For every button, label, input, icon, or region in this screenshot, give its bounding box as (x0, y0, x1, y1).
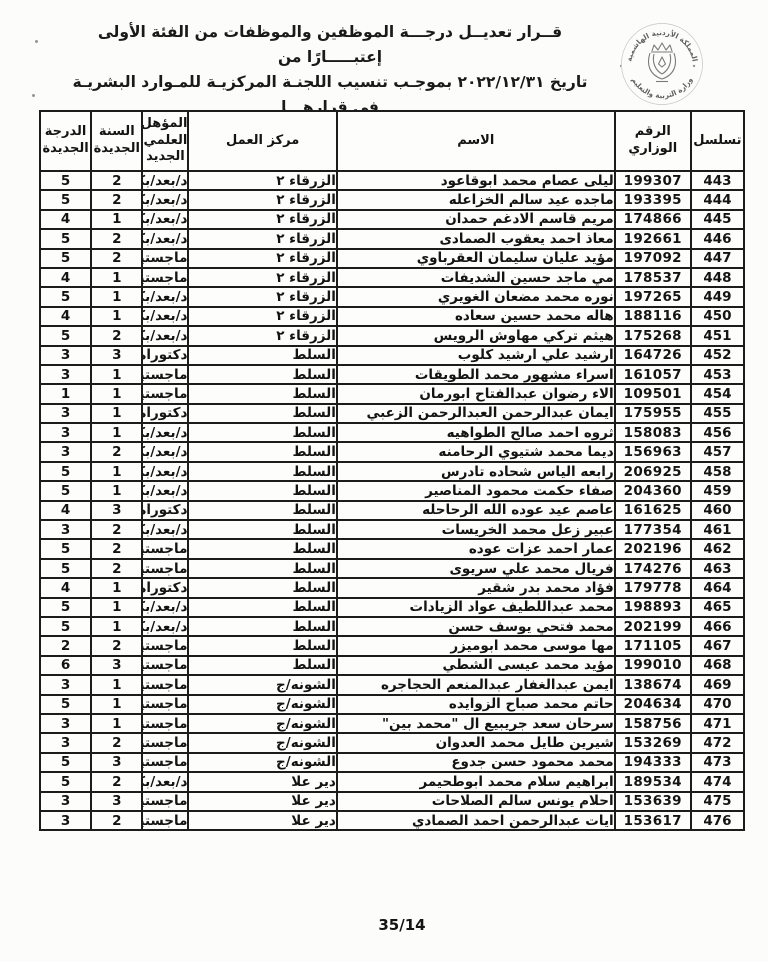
ministry-number-cell: 192661 (615, 229, 691, 248)
serial-cell: 465 (691, 598, 744, 617)
qualification-cell: ماجستير (142, 656, 188, 675)
work-center-cell: الزرقاء ٢ (188, 190, 336, 209)
new-grade-cell: 3 (40, 675, 91, 694)
serial-cell: 459 (691, 481, 744, 500)
table-row: 476153617ايات عبدالرحمن احمد الصماديدير … (40, 811, 744, 830)
ministry-number-cell: 153639 (615, 792, 691, 811)
new-year-cell: 2 (91, 171, 142, 190)
ministry-number-cell: 158756 (615, 714, 691, 733)
name-cell: ابراهيم سلام محمد ابوطحيمر (337, 772, 615, 791)
table-row: 449197265نوره محمد مضعان الغويريالزرقاء … (40, 287, 744, 306)
work-center-cell: السلط (188, 520, 336, 539)
work-center-cell: السلط (188, 501, 336, 520)
scan-speck (32, 94, 35, 97)
name-cell: مؤيد محمد عيسى الشطي (337, 656, 615, 675)
new-grade-cell: 3 (40, 792, 91, 811)
work-center-cell: الشونه/ج (188, 675, 336, 694)
work-center-cell: السلط (188, 598, 336, 617)
name-cell: فؤاد محمد بدر شقير (337, 578, 615, 597)
table-row: 470204634حاتم محمد صباح الزوايدهالشونه/ج… (40, 695, 744, 714)
new-year-cell: 1 (91, 675, 142, 694)
col-header-serial: تسلسل (691, 111, 744, 171)
ministry-number-cell: 164726 (615, 346, 691, 365)
new-grade-cell: 3 (40, 811, 91, 830)
table-row: 466202199محمد فتحي يوسف حسنالسلطد/بعد/بك… (40, 617, 744, 636)
new-grade-cell: 4 (40, 268, 91, 287)
new-year-cell: 3 (91, 501, 142, 520)
new-year-cell: 1 (91, 578, 142, 597)
new-grade-cell: 5 (40, 753, 91, 772)
new-grade-cell: 3 (40, 733, 91, 752)
work-center-cell: الزرقاء ٢ (188, 268, 336, 287)
new-grade-cell: 5 (40, 171, 91, 190)
name-cell: مريم قاسم الادغم حمدان (337, 210, 615, 229)
new-year-cell: 1 (91, 423, 142, 442)
new-grade-cell: 5 (40, 249, 91, 268)
ministry-number-cell: 197265 (615, 287, 691, 306)
table-row: 473194333محمد محمود حسن جدوعالشونه/جماجس… (40, 753, 744, 772)
serial-cell: 463 (691, 559, 744, 578)
work-center-cell: السلط (188, 346, 336, 365)
new-grade-cell: 5 (40, 772, 91, 791)
serial-cell: 450 (691, 307, 744, 326)
serial-cell: 467 (691, 636, 744, 655)
qualification-cell: ماجستير (142, 733, 188, 752)
name-cell: ليلى عصام محمد ابوقاعود (337, 171, 615, 190)
new-year-cell: 1 (91, 462, 142, 481)
serial-cell: 470 (691, 695, 744, 714)
table-row: 456158083ثروه احمد صالح الطواهيهالسلطد/ب… (40, 423, 744, 442)
ministry-number-cell: 153617 (615, 811, 691, 830)
work-center-cell: السلط (188, 404, 336, 423)
qualification-cell: ماجستير (142, 753, 188, 772)
ministry-number-cell: 174866 (615, 210, 691, 229)
new-grade-cell: 3 (40, 423, 91, 442)
serial-cell: 454 (691, 384, 744, 403)
new-grade-cell: 5 (40, 481, 91, 500)
name-cell: ايمان عبدالرحمن العبدالرحمن الزعبي (337, 404, 615, 423)
new-grade-cell: 5 (40, 617, 91, 636)
table-row: 475153639احلام يونس سالم الصلاحاتدير علا… (40, 792, 744, 811)
qualification-cell: د/بعد/بكا (142, 520, 188, 539)
table-row: 472153269شيرين طايل محمد العدوانالشونه/ج… (40, 733, 744, 752)
qualification-cell: ماجستير (142, 636, 188, 655)
table-row: 447197092مؤيد عليان سليمان العقرباويالزر… (40, 249, 744, 268)
qualification-cell: ماجستير (142, 384, 188, 403)
ministry-number-cell: 199307 (615, 171, 691, 190)
serial-cell: 447 (691, 249, 744, 268)
new-grade-cell: 5 (40, 190, 91, 209)
employees-table: تسلسلالرقم الوزاريالاسممركز العملالمؤهل … (39, 110, 745, 831)
name-cell: ايمن عبدالغفار عبدالمنعم الحجاجره (337, 675, 615, 694)
work-center-cell: الزرقاء ٢ (188, 171, 336, 190)
seal-star-left-icon: ٭ (620, 62, 622, 70)
serial-cell: 464 (691, 578, 744, 597)
name-cell: سرحان سعد جريبيع ال "محمد بين" (337, 714, 615, 733)
table-row: 454109501الاء رضوان عبدالفتاح ابورمانالس… (40, 384, 744, 403)
qualification-cell: ماجستير (142, 539, 188, 558)
serial-cell: 451 (691, 326, 744, 345)
ministry-number-cell: 158083 (615, 423, 691, 442)
new-year-cell: 1 (91, 598, 142, 617)
new-grade-cell: 2 (40, 636, 91, 655)
work-center-cell: السلط (188, 462, 336, 481)
serial-cell: 445 (691, 210, 744, 229)
work-center-cell: الشونه/ج (188, 753, 336, 772)
qualification-cell: د/بعد/بكا (142, 772, 188, 791)
qualification-cell: د/بعد/بكا (142, 190, 188, 209)
col-header-work-center: مركز العمل (188, 111, 336, 171)
ministry-number-cell: 175268 (615, 326, 691, 345)
ministry-number-cell: 202196 (615, 539, 691, 558)
seal-star-right-icon: ٭ (692, 62, 696, 70)
name-cell: ماجده عيد سالم الخزاعله (337, 190, 615, 209)
ministry-number-cell: 206925 (615, 462, 691, 481)
new-year-cell: 1 (91, 481, 142, 500)
new-year-cell: 2 (91, 733, 142, 752)
serial-cell: 460 (691, 501, 744, 520)
ministry-number-cell: 204360 (615, 481, 691, 500)
qualification-cell: ماجستير (142, 249, 188, 268)
new-year-cell: 2 (91, 811, 142, 830)
name-cell: محمد محمود حسن جدوع (337, 753, 615, 772)
new-year-cell: 3 (91, 753, 142, 772)
work-center-cell: السلط (188, 423, 336, 442)
table-row: 445174866مريم قاسم الادغم حمدانالزرقاء ٢… (40, 210, 744, 229)
qualification-cell: د/بعد/بكا (142, 462, 188, 481)
name-cell: ايات عبدالرحمن احمد الصمادي (337, 811, 615, 830)
serial-cell: 449 (691, 287, 744, 306)
name-cell: اسراء مشهور محمد الطويقات (337, 365, 615, 384)
new-grade-cell: 3 (40, 520, 91, 539)
new-year-cell: 1 (91, 307, 142, 326)
table-row: 471158756سرحان سعد جريبيع ال "محمد بين"ا… (40, 714, 744, 733)
work-center-cell: دير علا (188, 811, 336, 830)
new-year-cell: 2 (91, 442, 142, 461)
qualification-cell: د/بعد/بكا (142, 326, 188, 345)
serial-cell: 472 (691, 733, 744, 752)
ministry-number-cell: 174276 (615, 559, 691, 578)
serial-cell: 475 (691, 792, 744, 811)
work-center-cell: السلط (188, 384, 336, 403)
qualification-cell: ماجستير (142, 268, 188, 287)
new-grade-cell: 3 (40, 346, 91, 365)
name-cell: الاء رضوان عبدالفتاح ابورمان (337, 384, 615, 403)
name-cell: رابعه الياس شحاده تادرس (337, 462, 615, 481)
qualification-cell: ماجستير (142, 559, 188, 578)
work-center-cell: الزرقاء ٢ (188, 249, 336, 268)
ministry-number-cell: 199010 (615, 656, 691, 675)
new-year-cell: 2 (91, 326, 142, 345)
ministry-number-cell: 197092 (615, 249, 691, 268)
table-row: 468199010مؤيد محمد عيسى الشطيالسلطماجستي… (40, 656, 744, 675)
serial-cell: 452 (691, 346, 744, 365)
name-cell: محمد عبداللطيف عواد الزيادات (337, 598, 615, 617)
new-grade-cell: 4 (40, 501, 91, 520)
name-cell: ثروه احمد صالح الطواهيه (337, 423, 615, 442)
ministry-number-cell: 156963 (615, 442, 691, 461)
table-row: 455175955ايمان عبدالرحمن العبدالرحمن الز… (40, 404, 744, 423)
table-row: 467171105مها موسى محمد ابوميزرالسلطماجست… (40, 636, 744, 655)
new-grade-cell: 4 (40, 210, 91, 229)
serial-cell: 461 (691, 520, 744, 539)
name-cell: عاصم عيد عوده الله الرحاحله (337, 501, 615, 520)
page-number: 35/14 (378, 916, 425, 934)
work-center-cell: دير علا (188, 772, 336, 791)
new-year-cell: 3 (91, 656, 142, 675)
table-body: 443199307ليلى عصام محمد ابوقاعودالزرقاء … (40, 171, 744, 830)
qualification-cell: دكتوراه (142, 404, 188, 423)
new-grade-cell: 5 (40, 598, 91, 617)
table-row: 462202196عمار احمد عزات عودهالسلطماجستير… (40, 539, 744, 558)
table-header-row: تسلسلالرقم الوزاريالاسممركز العملالمؤهل … (40, 111, 744, 171)
name-cell: عبير زعل محمد الخريسات (337, 520, 615, 539)
new-grade-cell: 3 (40, 365, 91, 384)
ministry-number-cell: 171105 (615, 636, 691, 655)
work-center-cell: الشونه/ج (188, 714, 336, 733)
serial-cell: 462 (691, 539, 744, 558)
table-row: 474189534ابراهيم سلام محمد ابوطحيمردير ع… (40, 772, 744, 791)
table-row: 453161057اسراء مشهور محمد الطويقاتالسلطم… (40, 365, 744, 384)
work-center-cell: الزرقاء ٢ (188, 307, 336, 326)
qualification-cell: دكتوراه (142, 346, 188, 365)
new-year-cell: 2 (91, 249, 142, 268)
new-year-cell: 1 (91, 268, 142, 287)
ministry-number-cell: 193395 (615, 190, 691, 209)
new-year-cell: 2 (91, 520, 142, 539)
new-year-cell: 2 (91, 636, 142, 655)
new-year-cell: 2 (91, 539, 142, 558)
ministry-number-cell: 188116 (615, 307, 691, 326)
qualification-cell: د/بعد/بكا (142, 442, 188, 461)
serial-cell: 476 (691, 811, 744, 830)
serial-cell: 469 (691, 675, 744, 694)
coat-of-arms-emblem-icon (649, 43, 676, 82)
work-center-cell: السلط (188, 617, 336, 636)
qualification-cell: ماجستير (142, 714, 188, 733)
name-cell: ديما محمد شتيوي الرحامنه (337, 442, 615, 461)
work-center-cell: السلط (188, 481, 336, 500)
new-grade-cell: 5 (40, 462, 91, 481)
new-grade-cell: 3 (40, 714, 91, 733)
new-grade-cell: 5 (40, 326, 91, 345)
ministry-number-cell: 161625 (615, 501, 691, 520)
work-center-cell: السلط (188, 656, 336, 675)
new-grade-cell: 3 (40, 404, 91, 423)
work-center-cell: الزرقاء ٢ (188, 287, 336, 306)
scanned-document-page: المملكة الأردنية الهاشمية وزارة التربية … (0, 0, 768, 962)
table-row: 457156963ديما محمد شتيوي الرحامنهالسلطد/… (40, 442, 744, 461)
new-year-cell: 3 (91, 346, 142, 365)
new-year-cell: 1 (91, 365, 142, 384)
serial-cell: 443 (691, 171, 744, 190)
title-line-1: قــرار تعديــل درجـــة الموظفين والموظفا… (60, 20, 600, 70)
qualification-cell: دكتوراه (142, 501, 188, 520)
new-year-cell: 1 (91, 695, 142, 714)
new-year-cell: 3 (91, 792, 142, 811)
work-center-cell: السلط (188, 539, 336, 558)
work-center-cell: الشونه/ج (188, 695, 336, 714)
qualification-cell: ماجستير (142, 792, 188, 811)
new-grade-cell: 5 (40, 539, 91, 558)
col-header-new-year: السنة الجديدة (91, 111, 142, 171)
col-header-new-grade: الدرجة الجديدة (40, 111, 91, 171)
qualification-cell: ماجستير (142, 811, 188, 830)
qualification-cell: د/بعد/بكا (142, 229, 188, 248)
ministry-number-cell: 202199 (615, 617, 691, 636)
col-header-ministry-number: الرقم الوزاري (615, 111, 691, 171)
table-head: تسلسلالرقم الوزاريالاسممركز العملالمؤهل … (40, 111, 744, 171)
page-footer: 35/14 (18, 916, 768, 934)
serial-cell: 471 (691, 714, 744, 733)
serial-cell: 448 (691, 268, 744, 287)
work-center-cell: الزرقاء ٢ (188, 210, 336, 229)
ministry-number-cell: 177354 (615, 520, 691, 539)
qualification-cell: ماجستير (142, 365, 188, 384)
table-row: 448178537مي ماجد حسين الشديفاتالزرقاء ٢م… (40, 268, 744, 287)
table-row: 461177354عبير زعل محمد الخريساتالسلطد/بع… (40, 520, 744, 539)
table-row: 464179778فؤاد محمد بدر شقيرالسلطدكتوراه1… (40, 578, 744, 597)
serial-cell: 466 (691, 617, 744, 636)
new-year-cell: 1 (91, 384, 142, 403)
ministry-number-cell: 153269 (615, 733, 691, 752)
name-cell: نوره محمد مضعان الغويري (337, 287, 615, 306)
ministry-number-cell: 198893 (615, 598, 691, 617)
name-cell: ارشيد علي ارشيد كلوب (337, 346, 615, 365)
new-grade-cell: 5 (40, 287, 91, 306)
name-cell: مها موسى محمد ابوميزر (337, 636, 615, 655)
serial-cell: 457 (691, 442, 744, 461)
table-row: 463174276فريال محمد علي سريوىالسلطماجستي… (40, 559, 744, 578)
table-container: تسلسلالرقم الوزاريالاسممركز العملالمؤهل … (39, 110, 745, 831)
ministry-number-cell: 194333 (615, 753, 691, 772)
serial-cell: 473 (691, 753, 744, 772)
col-header-name: الاسم (337, 111, 615, 171)
col-header-qualification: المؤهل العلمي الجديد (142, 111, 188, 171)
qualification-cell: ماجستير (142, 695, 188, 714)
name-cell: هيثم تركي مهاوش الرويس (337, 326, 615, 345)
ministry-number-cell: 179778 (615, 578, 691, 597)
serial-cell: 444 (691, 190, 744, 209)
serial-cell: 455 (691, 404, 744, 423)
new-grade-cell: 6 (40, 656, 91, 675)
new-grade-cell: 5 (40, 229, 91, 248)
work-center-cell: السلط (188, 365, 336, 384)
work-center-cell: السلط (188, 578, 336, 597)
name-cell: معاذ احمد يعقوب الصمادى (337, 229, 615, 248)
new-year-cell: 1 (91, 287, 142, 306)
table-row: 458206925رابعه الياس شحاده تادرسالسلطد/ب… (40, 462, 744, 481)
name-cell: صفاء حكمت محمود المناصير (337, 481, 615, 500)
new-grade-cell: 5 (40, 559, 91, 578)
work-center-cell: الزرقاء ٢ (188, 229, 336, 248)
qualification-cell: د/بعد/بكا (142, 307, 188, 326)
new-year-cell: 2 (91, 559, 142, 578)
table-row: 465198893محمد عبداللطيف عواد الزياداتالس… (40, 598, 744, 617)
ministry-number-cell: 161057 (615, 365, 691, 384)
qualification-cell: د/بعد/بكا (142, 617, 188, 636)
ministry-seal-icon: المملكة الأردنية الهاشمية وزارة التربية … (620, 22, 704, 106)
name-cell: محمد فتحي يوسف حسن (337, 617, 615, 636)
qualification-cell: د/بعد/بكا (142, 287, 188, 306)
work-center-cell: دير علا (188, 792, 336, 811)
work-center-cell: الزرقاء ٢ (188, 326, 336, 345)
table-row: 450188116هاله محمد حسين سعادهالزرقاء ٢د/… (40, 307, 744, 326)
new-grade-cell: 5 (40, 695, 91, 714)
document-header: المملكة الأردنية الهاشمية وزارة التربية … (0, 0, 768, 108)
qualification-cell: د/بعد/بكا (142, 598, 188, 617)
serial-cell: 468 (691, 656, 744, 675)
qualification-cell: د/بعد/بكا (142, 171, 188, 190)
ministry-number-cell: 189534 (615, 772, 691, 791)
new-year-cell: 1 (91, 617, 142, 636)
ministry-number-cell: 109501 (615, 384, 691, 403)
ministry-number-cell: 138674 (615, 675, 691, 694)
qualification-cell: دكتوراه (142, 578, 188, 597)
scan-speck (35, 40, 38, 43)
new-grade-cell: 4 (40, 307, 91, 326)
name-cell: شيرين طايل محمد العدوان (337, 733, 615, 752)
name-cell: مؤيد عليان سليمان العقرباوي (337, 249, 615, 268)
ministry-number-cell: 175955 (615, 404, 691, 423)
qualification-cell: د/بعد/بكا (142, 481, 188, 500)
ministry-number-cell: 204634 (615, 695, 691, 714)
work-center-cell: السلط (188, 559, 336, 578)
table-row: 444193395ماجده عيد سالم الخزاعلهالزرقاء … (40, 190, 744, 209)
table-row: 443199307ليلى عصام محمد ابوقاعودالزرقاء … (40, 171, 744, 190)
work-center-cell: الشونه/ج (188, 733, 336, 752)
serial-cell: 456 (691, 423, 744, 442)
serial-cell: 453 (691, 365, 744, 384)
new-grade-cell: 3 (40, 442, 91, 461)
serial-cell: 474 (691, 772, 744, 791)
new-year-cell: 1 (91, 714, 142, 733)
qualification-cell: د/بعد/بكا (142, 423, 188, 442)
work-center-cell: السلط (188, 442, 336, 461)
new-year-cell: 2 (91, 190, 142, 209)
name-cell: احلام يونس سالم الصلاحات (337, 792, 615, 811)
qualification-cell: ماجستير (142, 675, 188, 694)
new-year-cell: 1 (91, 210, 142, 229)
new-year-cell: 2 (91, 229, 142, 248)
new-grade-cell: 4 (40, 578, 91, 597)
table-row: 459204360صفاء حكمت محمود المناصيرالسلطد/… (40, 481, 744, 500)
name-cell: حاتم محمد صباح الزوايده (337, 695, 615, 714)
ministry-number-cell: 178537 (615, 268, 691, 287)
new-grade-cell: 1 (40, 384, 91, 403)
work-center-cell: السلط (188, 636, 336, 655)
new-year-cell: 2 (91, 772, 142, 791)
table-row: 452164726ارشيد علي ارشيد كلوبالسلطدكتورا… (40, 346, 744, 365)
name-cell: هاله محمد حسين سعاده (337, 307, 615, 326)
table-row: 451175268هيثم تركي مهاوش الرويسالزرقاء ٢… (40, 326, 744, 345)
table-row: 460161625عاصم عيد عوده الله الرحاحلهالسل… (40, 501, 744, 520)
name-cell: فريال محمد علي سريوى (337, 559, 615, 578)
qualification-cell: د/بعد/بكا (142, 210, 188, 229)
name-cell: مي ماجد حسين الشديفات (337, 268, 615, 287)
new-year-cell: 1 (91, 404, 142, 423)
serial-cell: 446 (691, 229, 744, 248)
serial-cell: 458 (691, 462, 744, 481)
table-row: 446192661معاذ احمد يعقوب الصمادىالزرقاء … (40, 229, 744, 248)
table-row: 469138674ايمن عبدالغفار عبدالمنعم الحجاج… (40, 675, 744, 694)
name-cell: عمار احمد عزات عوده (337, 539, 615, 558)
